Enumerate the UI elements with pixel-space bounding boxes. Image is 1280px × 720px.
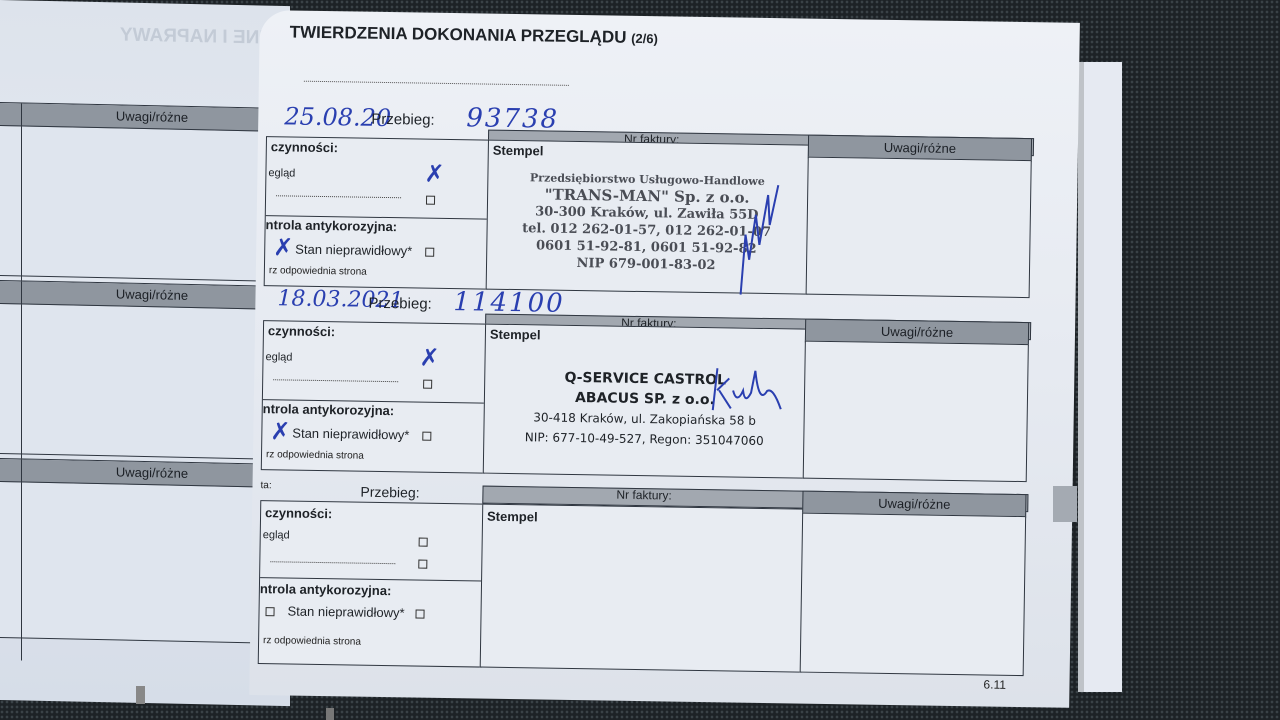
service-entry-3: ta: Przebieg: Nr faktury: czynności: egl… bbox=[258, 476, 1029, 678]
checkbox bbox=[422, 432, 431, 441]
checkbox bbox=[423, 380, 432, 389]
remarks-cell bbox=[806, 157, 1032, 299]
activity-cell: czynności: egląd ✗ ntrola antykorozyjna:… bbox=[261, 320, 487, 473]
checkbox bbox=[419, 538, 428, 547]
remarks-header: Uwagi/różne bbox=[21, 106, 283, 126]
checkbox bbox=[418, 560, 427, 569]
remarks-header: Uwagi/różne bbox=[21, 284, 283, 304]
left-remarks-box-3: Uwagi/różne bbox=[0, 458, 284, 644]
check-mark-icon: ✗ bbox=[424, 160, 445, 188]
stamp-cell: Stempel Q-SERVICE CASTROL ABACUS SP. z o… bbox=[483, 324, 807, 479]
page-stack-edge bbox=[1078, 62, 1122, 692]
mileage-label: Przebieg: bbox=[360, 484, 419, 501]
activity-cell: czynności: egląd ntrola antykorozyjna: S… bbox=[258, 500, 485, 667]
left-remarks-box-2: Uwagi/różne bbox=[0, 280, 284, 460]
right-page: TWIERDZENIA DOKONANIA PRZEGLĄDU (2/6) 25… bbox=[249, 10, 1080, 708]
stamp-cell: Stempel Przedsiębiorstwo Usługowo-Handlo… bbox=[486, 140, 810, 295]
signature-icon bbox=[707, 360, 788, 421]
check-mark-icon: ✗ bbox=[273, 233, 294, 261]
page-tab-marker bbox=[326, 708, 334, 720]
stamp-cell: Stempel bbox=[480, 504, 805, 673]
invoice-label: Nr faktury: bbox=[616, 488, 672, 503]
check-mark-icon: ✗ bbox=[419, 344, 440, 372]
signature-icon bbox=[730, 174, 792, 305]
page-tab-marker bbox=[136, 686, 145, 704]
mileage-label: Przebieg: bbox=[368, 295, 432, 313]
dotted-line bbox=[304, 81, 569, 86]
section-tab-marker bbox=[1053, 486, 1077, 522]
remarks-cell bbox=[800, 513, 1026, 676]
checkbox bbox=[425, 248, 434, 257]
left-page: CZĘŚCI ZAMIENNE I NAPRAWY Uwagi/różne Uw… bbox=[0, 0, 290, 706]
page-number: 6.11 bbox=[983, 677, 1006, 691]
left-remarks-box-1: Uwagi/różne bbox=[0, 102, 284, 282]
remarks-cell bbox=[803, 341, 1029, 483]
activity-cell: czynności: egląd ✗ ntrola antykorozyjna:… bbox=[264, 136, 490, 289]
checkbox bbox=[415, 610, 424, 619]
checkbox bbox=[426, 196, 435, 205]
check-mark-icon: ✗ bbox=[270, 417, 291, 445]
service-entry-1: 25.08.20 Przebieg: 93738 Nr faktury: czy… bbox=[264, 108, 1035, 296]
page-title: TWIERDZENIA DOKONANIA PRZEGLĄDU (2/6) bbox=[289, 22, 658, 48]
checkbox bbox=[265, 607, 274, 616]
service-entry-2: 18.03.2021 Przebieg: 114100 Nr faktury: … bbox=[261, 292, 1032, 480]
remarks-header: Uwagi/różne bbox=[21, 462, 283, 482]
mileage-label: Przebieg: bbox=[371, 111, 435, 129]
